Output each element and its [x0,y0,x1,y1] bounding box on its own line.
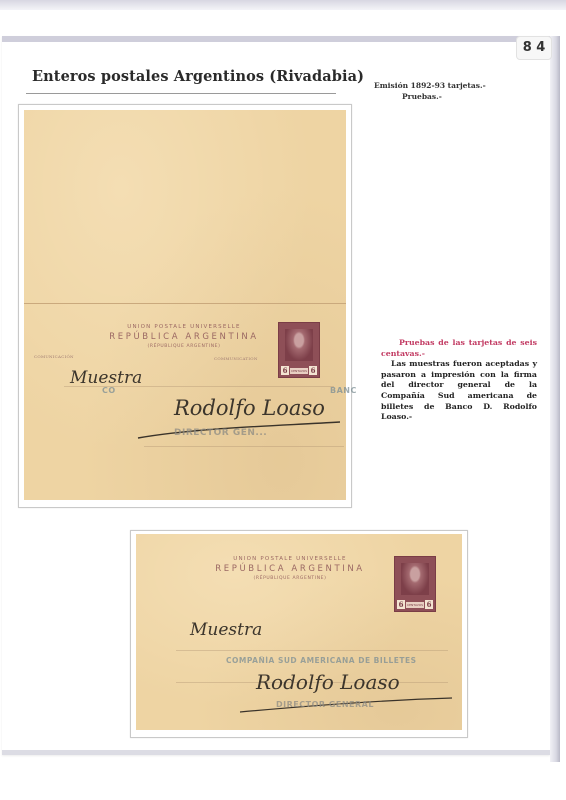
portrait-icon [401,563,429,595]
postal-card-2: UNION POSTALE UNIVERSELLE REPÚBLICA ARGE… [136,534,462,730]
country-label-fr: (RÉPUBLIQUE ARGENTINE) [200,576,380,581]
stamp-value-left: 6 [397,600,405,609]
stamp-value-left: 6 [281,366,289,375]
rivadavia-stamp: 6 CENTAVOS 6 [278,322,320,378]
typed-director: DIRECTOR GEN... [174,428,267,438]
page-number: 8 4 [516,36,552,60]
description-notes: Pruebas de las tarjetas de seis centavas… [381,338,537,423]
emission-line: Emisión 1892-93 tarjetas.- [374,81,486,90]
typed-director: DIRECTOR GENERAL [276,700,374,709]
card-fold-line [24,303,346,304]
country-label-fr: (RÉPUBLIQUE ARGENTINE) [94,344,274,349]
stamp-band: CENTAVOS [406,602,424,608]
address-line [176,650,448,651]
signature-underline [236,684,456,714]
handwritten-muestra: Muestra [70,368,142,388]
rivadavia-stamp: 6 CENTAVOS 6 [394,556,436,612]
country-label: REPÚBLICA ARGENTINA [200,564,380,574]
notes-heading: Pruebas de las tarjetas de seis centavas… [381,338,537,359]
page-edge-shadow [550,36,560,762]
page-title: Enteros postales Argentinos (Rivadabia) [32,68,364,85]
upu-label: UNION POSTALE UNIVERSELLE [94,324,274,330]
country-label: REPÚBLICA ARGENTINA [94,332,274,342]
typed-company-left: CO [102,386,116,395]
stamp-value-right: 6 [425,600,433,609]
scan-top-edge [0,0,566,10]
upu-label: UNION POSTALE UNIVERSELLE [200,556,380,562]
emission-subline: Pruebas.- [374,91,486,102]
comm-label-right: COMMUNICATION [214,356,258,361]
stamp-value-right: 6 [309,366,317,375]
card-header: UNION POSTALE UNIVERSELLE REPÚBLICA ARGE… [200,556,380,581]
handwritten-muestra: Muestra [190,620,262,640]
emission-label: Emisión 1892-93 tarjetas.- Pruebas.- [374,80,486,102]
comm-label-left: COMUNICACIÓN [34,354,74,359]
card-header: UNION POSTALE UNIVERSELLE REPÚBLICA ARGE… [94,324,274,349]
postal-card-1: UNION POSTALE UNIVERSELLE REPÚBLICA ARGE… [24,110,346,500]
typed-company-right: BANC [330,386,357,395]
notes-body: Las muestras fueron aceptadas y pasaron … [381,359,537,423]
portrait-icon [285,329,313,361]
title-divider [26,93,336,94]
typed-company: COMPAÑÍA SUD AMERICANA DE BILLETES [226,656,417,665]
address-line [144,446,344,447]
stamp-band: CENTAVOS [290,368,308,374]
